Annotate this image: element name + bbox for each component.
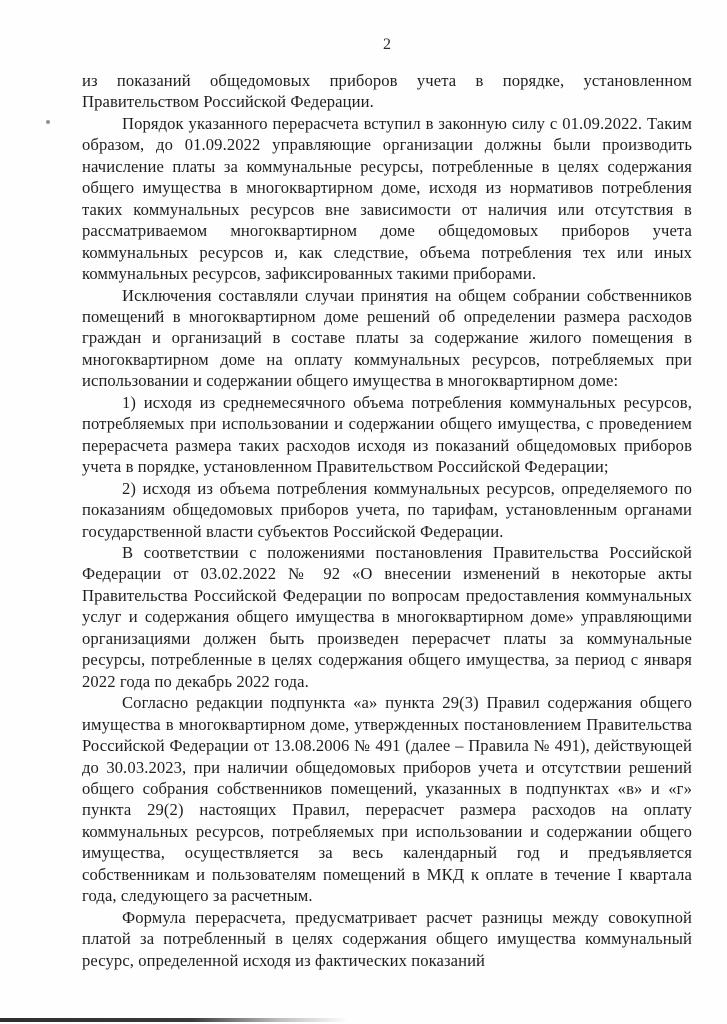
document-paragraph: из показаний общедомовых приборов учета … <box>82 70 692 113</box>
document-page: 2 из показаний общедомовых приборов учет… <box>82 36 692 971</box>
scan-line-artifact <box>0 1018 348 1022</box>
document-paragraph: Порядок указанного перерасчета вступил в… <box>82 113 692 285</box>
scan-dot-artifact <box>155 311 159 315</box>
document-paragraph: В соответствии с положениями постановлен… <box>82 542 692 692</box>
scan-dot-artifact <box>46 120 50 124</box>
document-paragraph-list-item-2: 2) исходя из объема потребления коммунал… <box>82 478 692 542</box>
document-paragraph: Согласно редакции подпункта «а» пункта 2… <box>82 692 692 907</box>
document-paragraph: Исключения составляли случаи принятия на… <box>82 285 692 392</box>
document-paragraph: Формула перерасчета, предусматривает рас… <box>82 907 692 971</box>
page-number: 2 <box>82 36 692 54</box>
document-paragraph-list-item-1: 1) исходя из среднемесячного объема потр… <box>82 392 692 478</box>
